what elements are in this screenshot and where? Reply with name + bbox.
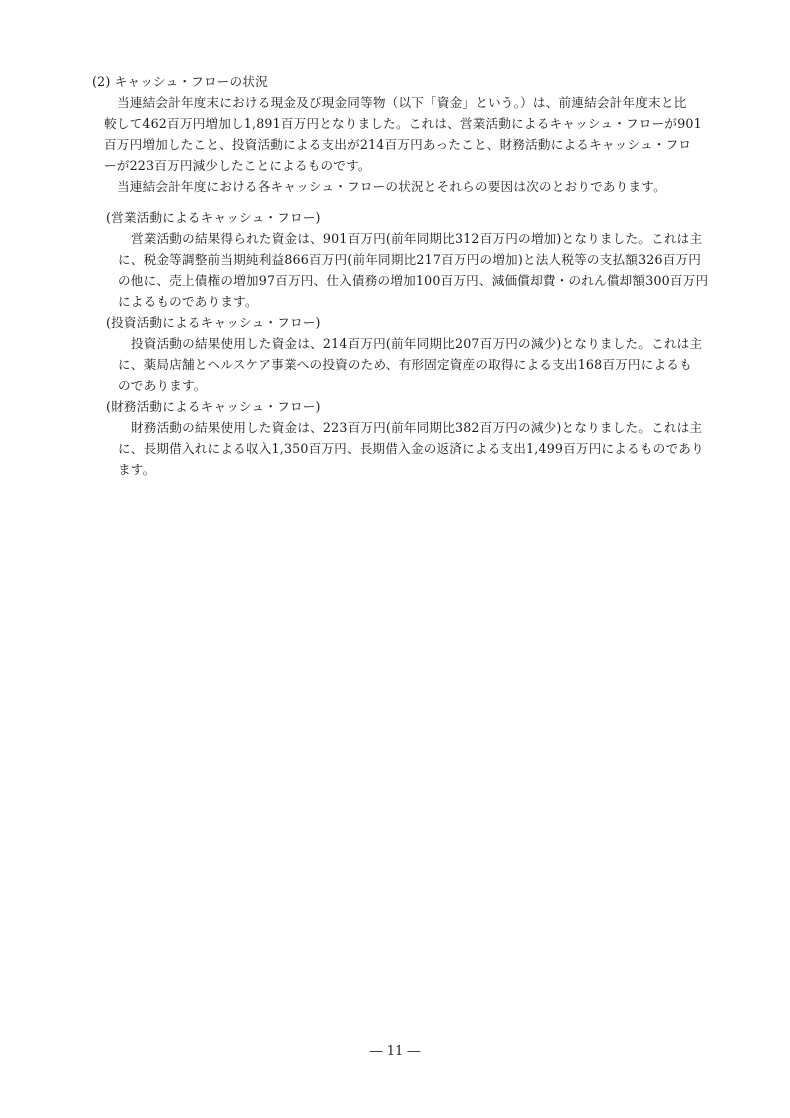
- intro-line: ーが223百万円減少したことによるものです。: [104, 155, 371, 176]
- subsection-line: 投資活動の結果使用した資金は、214百万円(前年同期比207百万円の減少)となり…: [131, 333, 702, 354]
- subsection-title-financing: (財務活動によるキャッシュ・フロー): [106, 396, 321, 417]
- section-heading: (2) キャッシュ・フローの状況: [92, 71, 268, 92]
- subsection-line: のであります。: [118, 375, 207, 396]
- subsection-title-operating: (営業活動によるキャッシュ・フロー): [106, 207, 321, 228]
- document-page: (2) キャッシュ・フローの状況 当連結会計年度末における現金及び現金同等物（以…: [0, 0, 790, 1118]
- subsection-line: に、税金等調整前当期純利益866百万円(前年同期比217百万円の増加)と法人税等…: [118, 249, 701, 270]
- subsection-line: によるものであります。: [118, 291, 258, 312]
- subsection-title-investing: (投資活動によるキャッシュ・フロー): [106, 312, 321, 333]
- subsection-line: の他に、売上債権の増加97百万円、仕入債務の増加100百万円、減価償却費・のれん…: [118, 270, 708, 291]
- page-number: ― 11 ―: [0, 1044, 790, 1059]
- subsection-line: 財務活動の結果使用した資金は、223百万円(前年同期比382百万円の減少)となり…: [131, 417, 702, 438]
- intro-line: 較して462百万円増加し1,891百万円となりました。これは、営業活動によるキャ…: [104, 113, 702, 134]
- intro-line: 百万円増加したこと、投資活動による支出が214百万円あったこと、財務活動によるキ…: [104, 134, 691, 155]
- subsection-line: に、長期借入れによる収入1,350百万円、長期借入金の返済による支出1,499百…: [118, 438, 704, 459]
- subsection-line: ます。: [118, 459, 155, 480]
- intro-line: 当連結会計年度における各キャッシュ・フローの状況とそれらの要因は次のとおりであり…: [117, 176, 666, 197]
- subsection-line: 営業活動の結果得られた資金は、901百万円(前年同期比312百万円の増加)となり…: [131, 228, 702, 249]
- subsection-line: に、薬局店舗とヘルスケア事業への投資のため、有形固定資産の取得による支出168百…: [118, 354, 692, 375]
- intro-line: 当連結会計年度末における現金及び現金同等物（以下「資金」という。）は、前連結会計…: [117, 92, 686, 113]
